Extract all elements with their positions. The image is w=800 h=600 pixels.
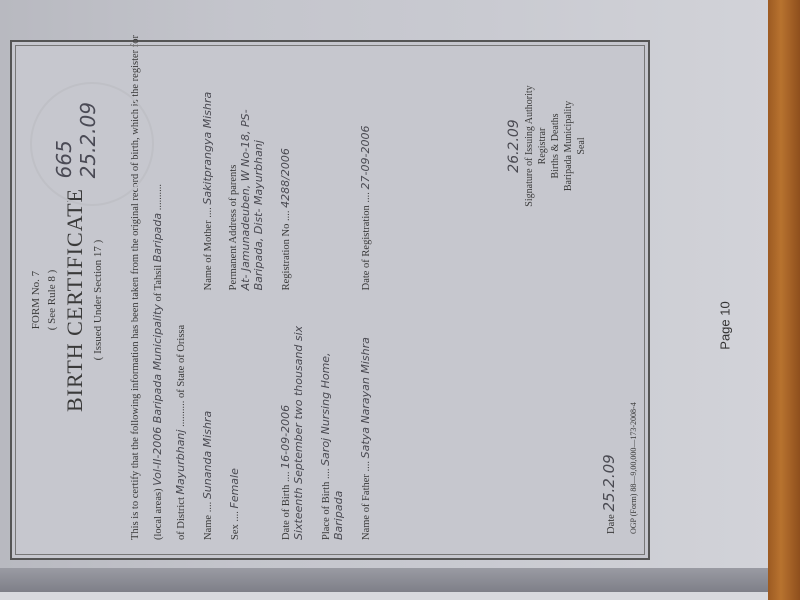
local-area-value: Vol-II-2006 Baripada Municipality	[151, 304, 164, 486]
page-shadow	[0, 568, 768, 592]
address-value: At- Jamunadeuben, W No-18, PS- Baripada,…	[239, 60, 265, 290]
tahsil-value: Baripada	[151, 213, 164, 262]
dob-registration-row: Date of Birth .... 16-09-2006 Sixteenth …	[279, 60, 305, 540]
name-label: Name	[203, 515, 214, 540]
municipality-label: Baripada Municipality	[562, 66, 575, 226]
printer-line: OGP (Form) 88—9,00,000—173-2008-4	[629, 402, 638, 534]
state-label: of State of Orissa	[176, 325, 187, 398]
father-label: Name of Father	[361, 474, 372, 540]
district-value: Mayurbhanj	[174, 430, 187, 495]
dob-value: 16-09-2006	[279, 405, 292, 469]
date-label: Date	[606, 514, 617, 534]
birth-certificate: 665 25.2.09 FORM No. 7 ( See Rule 8 ) BI…	[10, 40, 650, 560]
sex-address-row: Sex .... Female Permanent Address of par…	[228, 60, 265, 540]
registration-date-label: Date of Registration	[361, 205, 372, 290]
father-value: Satya Narayan Mishra	[359, 337, 372, 458]
stamp-date: 25.2.09	[76, 102, 100, 178]
mother-value: Sakitprangya Mishra	[201, 92, 214, 205]
births-deaths-label: Births & Deaths	[549, 66, 562, 226]
father-regdate-row: Name of Father .... Satya Narayan Mishra…	[359, 60, 372, 540]
tahsil-label: of Tahsil	[153, 265, 164, 302]
pob-row: Place of Birth .... Saroj Nursing Home, …	[319, 60, 345, 540]
district-line: of District Mayurbhanj .......... of Sta…	[174, 60, 187, 540]
local-area-label: (local areas)	[153, 488, 164, 540]
stamp-number: 665	[52, 102, 76, 178]
registrar-label: Registrar	[536, 66, 549, 226]
page-edge	[0, 592, 772, 600]
district-label: of District	[176, 497, 187, 540]
seal-label: Seal	[575, 66, 588, 226]
issue-date: Date 25.2.09	[600, 454, 618, 534]
mother-label: Name of Mother	[203, 220, 214, 290]
signature-date: 26.2.09	[505, 66, 523, 226]
registration-date-value: 27-09-2006	[359, 126, 372, 190]
dob-words: Sixteenth September two thousand six	[292, 310, 305, 540]
sex-label: Sex	[230, 524, 241, 540]
name-mother-row: Name .... Sunanda Mishra Name of Mother …	[201, 60, 214, 540]
dob-label: Date of Birth	[281, 485, 292, 540]
name-value: Sunanda Mishra	[201, 411, 214, 499]
address-label: Permanent Address of parents	[228, 165, 239, 291]
wooden-table-edge	[768, 0, 800, 600]
signature-block: 26.2.09 Signature of Issuing Authority R…	[505, 66, 588, 226]
page-number: Page 10	[718, 296, 733, 356]
sex-value: Female	[228, 468, 241, 508]
pob-label: Place of Birth	[321, 482, 332, 540]
signature-label: Signature of Issuing Authority	[523, 66, 536, 226]
date-value: 25.2.09	[600, 454, 618, 511]
registration-no-value: 4288/2006	[279, 148, 292, 208]
registration-no-label: Registration No	[281, 224, 292, 291]
stamp-annotation: 665 25.2.09	[52, 102, 100, 178]
